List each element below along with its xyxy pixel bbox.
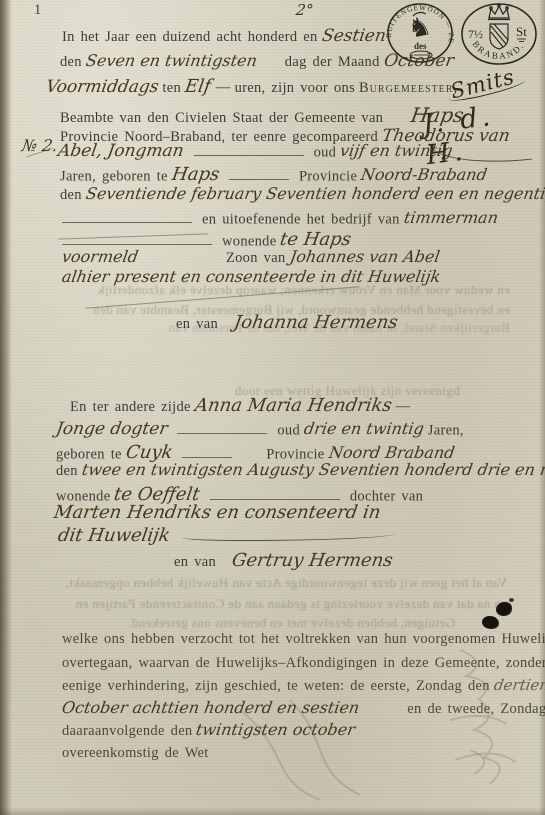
printed-text: en van [174,554,216,570]
printed-text: dag der Maand [285,54,380,70]
day-month-line: den Seven en twintigsten dag der Maand O… [60,52,453,72]
handwritten-voormeld: voormeld [61,248,140,266]
bleedthrough-script-marks [440,640,540,790]
printed-text: overeenkomstig de Wet [62,745,209,761]
printed-text: Jaren, [428,422,464,438]
handwritten-dash: — [394,397,413,415]
scanned-document: { "page": { "number": "1", "copy_mark": … [0,0,545,815]
groom-profession-line: en uitoefenende het bedrijf van timmerma… [56,208,498,229]
hour-line: Voormiddags ten Elf — uren, zijn voor on… [46,77,458,98]
bleedthrough-text: en na dat van dezelve voorlezing is geda… [45,596,507,612]
crown-icon [488,4,510,20]
printed-text: en van [176,316,218,332]
printed-text: Beambte van den Civielen Staat der Gemee… [60,110,383,126]
ink-blot [482,616,499,629]
ink-blot [496,602,512,616]
handwritten-bride-name: Anna Maria Hendriks [193,396,393,417]
handwritten-groom-mother: Johanna Hermens [232,313,399,334]
handwritten-year: Sestien [320,27,387,47]
bride-mother-line: en van Gertruy Hermens [174,551,393,572]
handwritten-daypart: Voormiddags [44,78,159,98]
printed-text: Jaren, geboren te [60,168,168,184]
handwritten-day: Seven en twintigsten [84,52,258,70]
printed-text: en uitoefenende het bedrijf van [202,211,400,227]
printed-text: oud [314,144,337,160]
handwritten-bride-age: drie en twintig [303,420,426,438]
printed-text: Provincie [299,168,357,184]
closing-line-6: overeenkomstig de Wet [62,744,209,762]
handwritten-month: October [382,52,455,72]
printed-text: Zoon van [226,250,286,266]
shield-icon [490,24,508,49]
horse-rider-icon: ♞ [405,11,434,44]
printed-text: den [56,463,78,479]
copy-mark: 2° [295,2,315,19]
printed-text: den [60,54,82,70]
printed-burgemeester: Burgemeester, [359,80,458,96]
handwritten-groom-father: Johannes van Abel [288,248,441,266]
stamp-des-text: des [414,41,427,51]
stamp-region-text: BRABAND. [470,39,526,61]
printed-text: den [60,187,82,203]
handwritten-groom-name: Abel, Jongman [56,142,185,162]
handwritten-groom-province: Noord-Braband [360,166,489,184]
handwritten-bride-status: Jonge dogter [54,420,168,440]
printed-text: wonende [222,233,276,249]
svg-text:♞: ♞ [405,11,434,44]
year-line: In het Jaar een duizend acht honderd en … [62,27,385,47]
fill-rule [62,208,192,223]
svg-text:BRABAND.: BRABAND. [470,39,526,61]
handwritten-bride-father: Marten Hendriks en consenteerd in [52,503,382,524]
fill-rule [229,165,289,180]
fill-rule [182,443,232,458]
clerk-signature: Smits [448,64,517,103]
bride-father-line: Marten Hendriks en consenteerd in [54,503,380,524]
bride-name-line: En ter andere zijde Anna Maria Hendriks … [70,396,411,417]
stamp-denomination: 7½ [468,27,483,41]
printed-text: ten [162,80,181,96]
printed-text: daaraanvolgende den [62,723,192,739]
groom-father-line: voormeld Zoon van Johannes van Abel [62,248,439,267]
bleedthrough-text: Getuigen, hebben dezelve met en benevens… [115,615,455,631]
handwritten-flourish-dash [182,530,397,541]
printed-text: In het Jaar een duizend acht honderd en [62,29,318,45]
handwritten-hour: Elf [183,77,212,98]
bleedthrough-text: Van al het geen wij deze tegenwoordige A… [45,575,507,591]
printed-text: En ter andere zijde [70,399,191,415]
fill-rule [194,141,304,156]
stamp-unit: St [516,24,527,39]
revenue-stamp-braband: 7½ St BRABAND. [458,2,540,68]
bleedthrough-text: en weduw voor Man en Vrouw erkennen; waa… [40,282,510,298]
gemeente-line: Beambte van den Civielen Staat der Gemee… [60,104,464,127]
groom-birthdate-line: den Seventiende february Seventien honde… [60,185,545,204]
groom-mother-line: en van Johanna Hermens [176,313,398,334]
binding-edge [0,0,12,815]
handwritten-bride-birthdate: twee en twintigsten Augusty Seventien ho… [80,461,545,479]
printed-text: oud [277,422,300,438]
fill-rule [210,485,340,500]
handwritten-groom-birthplace: Haps [170,165,220,186]
printed-text: uren, zijn voor ons [235,80,355,96]
ink-blot [509,598,514,602]
groom-name-age-line: Abel, Jongman oud vijf en twintig [58,141,453,162]
handwritten-groom-profession: timmerman [402,209,499,227]
groom-birthplace-line: Jaren, geboren te Haps Provincie Noord-B… [60,165,487,186]
bride-status-age-line: Jonge dogter oud drie en twintig Jaren, [56,419,464,440]
handwritten-gemeente: Haps [409,104,465,127]
page-number: 1 [34,2,42,19]
bride-birthdate-line: den twee en twintigsten Augusty Seventie… [56,461,545,480]
handwritten-groom-age: vijf en twintig [339,142,454,160]
bride-father-line-2: dit Huwelijk [58,526,397,547]
handwritten-groom-birthdate: Seventiende february Seventien honderd e… [84,185,545,203]
handwritten-bride-mother: Gertruy Hermens [230,551,394,572]
fill-rule [177,419,267,434]
handwritten-consent-huwelijk: dit Huwelijk [56,526,171,547]
handwritten-dash: — [213,78,232,96]
